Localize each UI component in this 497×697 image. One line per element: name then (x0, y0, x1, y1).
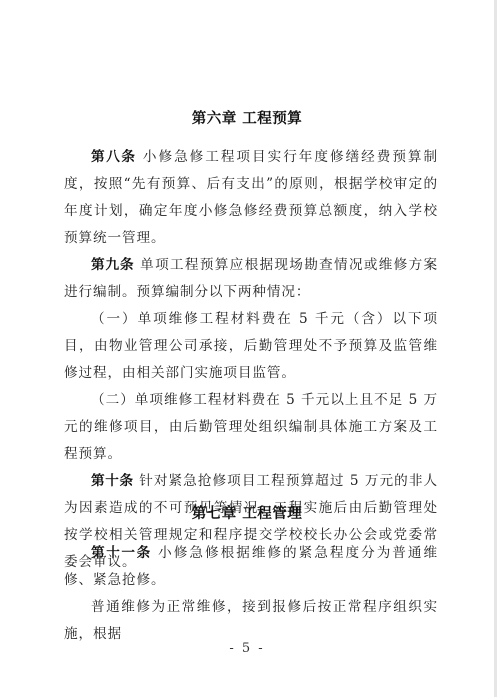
article-9-label: 第九条 (91, 257, 135, 273)
item-1-paragraph: （一）单项维修工程材料费在 5 千元（含）以下项目，由物业管理公司承接，后勤管理… (64, 306, 438, 387)
page-number: - 5 - (0, 641, 494, 656)
item-2-paragraph: （二）单项维修工程材料费在 5 千元以上且不足 5 万元的维修项目，由后勤管理处… (64, 387, 438, 468)
article-11-label: 第十一条 (91, 545, 152, 561)
chapter-7-body: 第十一条 小修急修根据维修的紧急程度分为普通维修、紧急抢修。 普通维修为正常维修… (64, 540, 438, 648)
normal-repair-paragraph: 普通维修为正常维修，接到报修后按正常程序组织实施，根据 (64, 594, 438, 648)
article-8-paragraph: 第八条 小修急修工程项目实行年度修缮经费预算制度，按照“先有预算、后有支出”的原… (64, 144, 438, 252)
article-10-label: 第十条 (91, 473, 134, 489)
article-9-paragraph: 第九条 单项工程预算应根据现场勘查情况或维修方案进行编制。预算编制分以下两种情况… (64, 252, 438, 306)
article-11-paragraph: 第十一条 小修急修根据维修的紧急程度分为普通维修、紧急抢修。 (64, 540, 438, 594)
article-8-label: 第八条 (91, 149, 137, 165)
document-page: 第六章 工程预算 第八条 小修急修工程项目实行年度修缮经费预算制度，按照“先有预… (0, 0, 494, 697)
chapter-7-heading: 第七章 工程管理 (0, 502, 494, 523)
chapter-6-heading: 第六章 工程预算 (0, 107, 494, 128)
